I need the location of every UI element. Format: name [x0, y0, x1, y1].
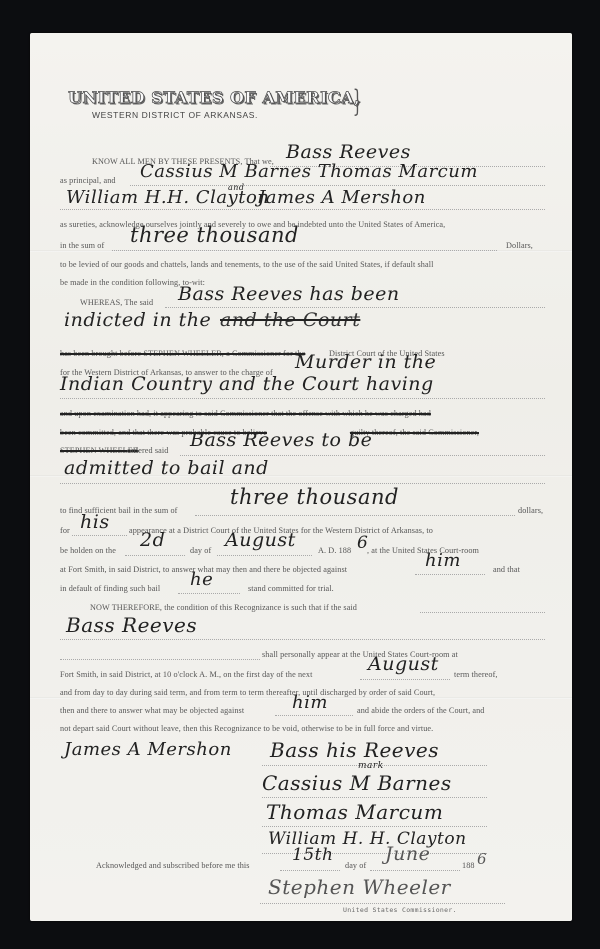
- brace-glyph: }: [353, 87, 363, 117]
- signature-surety: Thomas Marcum: [266, 800, 443, 824]
- signature-line: [262, 797, 487, 798]
- fill-line: [420, 612, 545, 613]
- handwritten-year: 6: [477, 850, 487, 868]
- handwritten-sureties: Cassius M Barnes Thomas Marcum: [140, 161, 478, 182]
- struck-text: has been brought before STEPHEN WHEELER,…: [60, 349, 305, 358]
- fill-line: [370, 870, 460, 871]
- printed-text: as principal, and: [60, 176, 116, 185]
- fill-line: [60, 659, 260, 660]
- handwritten-month: June: [385, 843, 430, 865]
- fill-line: [72, 535, 127, 536]
- struck-text: and upon examination had, it appearing t…: [60, 409, 431, 418]
- handwritten-admitted: admitted to bail and: [64, 457, 269, 479]
- handwritten-month: August: [225, 529, 296, 551]
- handwritten-pronoun: his: [80, 511, 110, 533]
- printed-text: Acknowledged and subscribed before me th…: [96, 861, 250, 870]
- fill-line: [60, 209, 545, 210]
- handwritten-pronoun: him: [292, 692, 328, 713]
- printed-text: for: [60, 526, 70, 535]
- handwritten-month: August: [368, 653, 439, 675]
- fill-line: [125, 555, 185, 556]
- printed-text: to be levied of our goods and chattels, …: [60, 260, 433, 269]
- handwritten-name: Bass Reeves to be: [190, 429, 372, 451]
- fill-line: [60, 483, 545, 484]
- printed-text: NOW THEREFORE, the condition of this Rec…: [90, 603, 357, 612]
- fill-line: [130, 185, 545, 186]
- handwritten-pronoun: him: [425, 550, 461, 571]
- printed-text: WHEREAS, The said: [80, 298, 153, 307]
- handwritten-day: 2d: [140, 529, 165, 551]
- printed-text: and from day to day during said term, an…: [60, 688, 435, 697]
- handwritten-pronoun: he: [190, 569, 213, 590]
- printed-text: day of: [190, 546, 211, 555]
- handwritten-and: and: [228, 183, 245, 192]
- printed-text: 188: [462, 861, 475, 870]
- handwritten-sureties: James A Mershon: [258, 187, 426, 208]
- fill-line: [217, 555, 312, 556]
- fill-line: [180, 455, 545, 456]
- printed-text: not depart said Court without leave, the…: [60, 724, 433, 733]
- fill-line: [280, 870, 340, 871]
- printed-text: ordered said: [127, 446, 168, 455]
- handwritten-struck: and the Court: [220, 309, 360, 331]
- fill-line: [165, 307, 545, 308]
- printed-text: A. D. 188: [318, 546, 351, 555]
- printed-text: in the sum of: [60, 241, 104, 250]
- witness-signature: James A Mershon: [64, 739, 232, 760]
- handwritten-sum: three thousand: [130, 223, 299, 247]
- printed-text: and that: [493, 565, 520, 574]
- signature-mark: mark: [358, 761, 384, 771]
- handwritten-indicted: indicted in the: [64, 309, 211, 331]
- printed-text: and abide the orders of the Court, and: [357, 706, 484, 715]
- printed-text: term thereof,: [454, 670, 498, 679]
- printed-text: Dollars,: [506, 241, 533, 250]
- printed-text: dollars,: [518, 506, 543, 515]
- handwritten-principal: Bass Reeves: [286, 141, 411, 163]
- signature-surety: Cassius M Barnes: [262, 771, 452, 795]
- document-page: UNITED STATES OF AMERICA, } WESTERN DIST…: [30, 33, 572, 921]
- handwritten-charge: Indian Country and the Court having: [60, 373, 434, 395]
- fill-line: [415, 574, 485, 575]
- handwritten-day: 15th: [292, 845, 333, 865]
- printed-text: , at the United States Court-room: [367, 546, 479, 555]
- document-title: UNITED STATES OF AMERICA,: [68, 88, 360, 107]
- printed-text: stand committed for trial.: [248, 584, 334, 593]
- signature-principal: Bass his Reeves: [270, 738, 439, 762]
- fill-line: [275, 715, 353, 716]
- printed-text: in default of finding such bail: [60, 584, 160, 593]
- handwritten-sum: three thousand: [230, 485, 399, 509]
- printed-text: day of: [345, 861, 366, 870]
- signature-line: [262, 826, 487, 827]
- printed-text: then and there to answer what may be obj…: [60, 706, 244, 715]
- printed-text: be holden on the: [60, 546, 116, 555]
- handwritten-name: Bass Reeves has been: [178, 283, 400, 305]
- printed-text: Fort Smith, in said District, at 10 o'cl…: [60, 670, 312, 679]
- document-subtitle: WESTERN DISTRICT OF ARKANSAS.: [92, 110, 258, 120]
- fill-line: [178, 593, 240, 594]
- fill-line: [112, 250, 497, 251]
- signature-commissioner: Stephen Wheeler: [268, 875, 451, 899]
- fill-line: [60, 398, 545, 399]
- fill-line: [360, 679, 450, 680]
- commissioner-label: United States Commissioner.: [343, 906, 457, 914]
- fill-line: [195, 515, 515, 516]
- printed-text: to find sufficient bail in the sum of: [60, 506, 177, 515]
- handwritten-charge: Murder in the: [295, 351, 436, 373]
- fill-line: [60, 639, 545, 640]
- signature-line: [260, 903, 505, 904]
- handwritten-name: Bass Reeves: [66, 613, 197, 637]
